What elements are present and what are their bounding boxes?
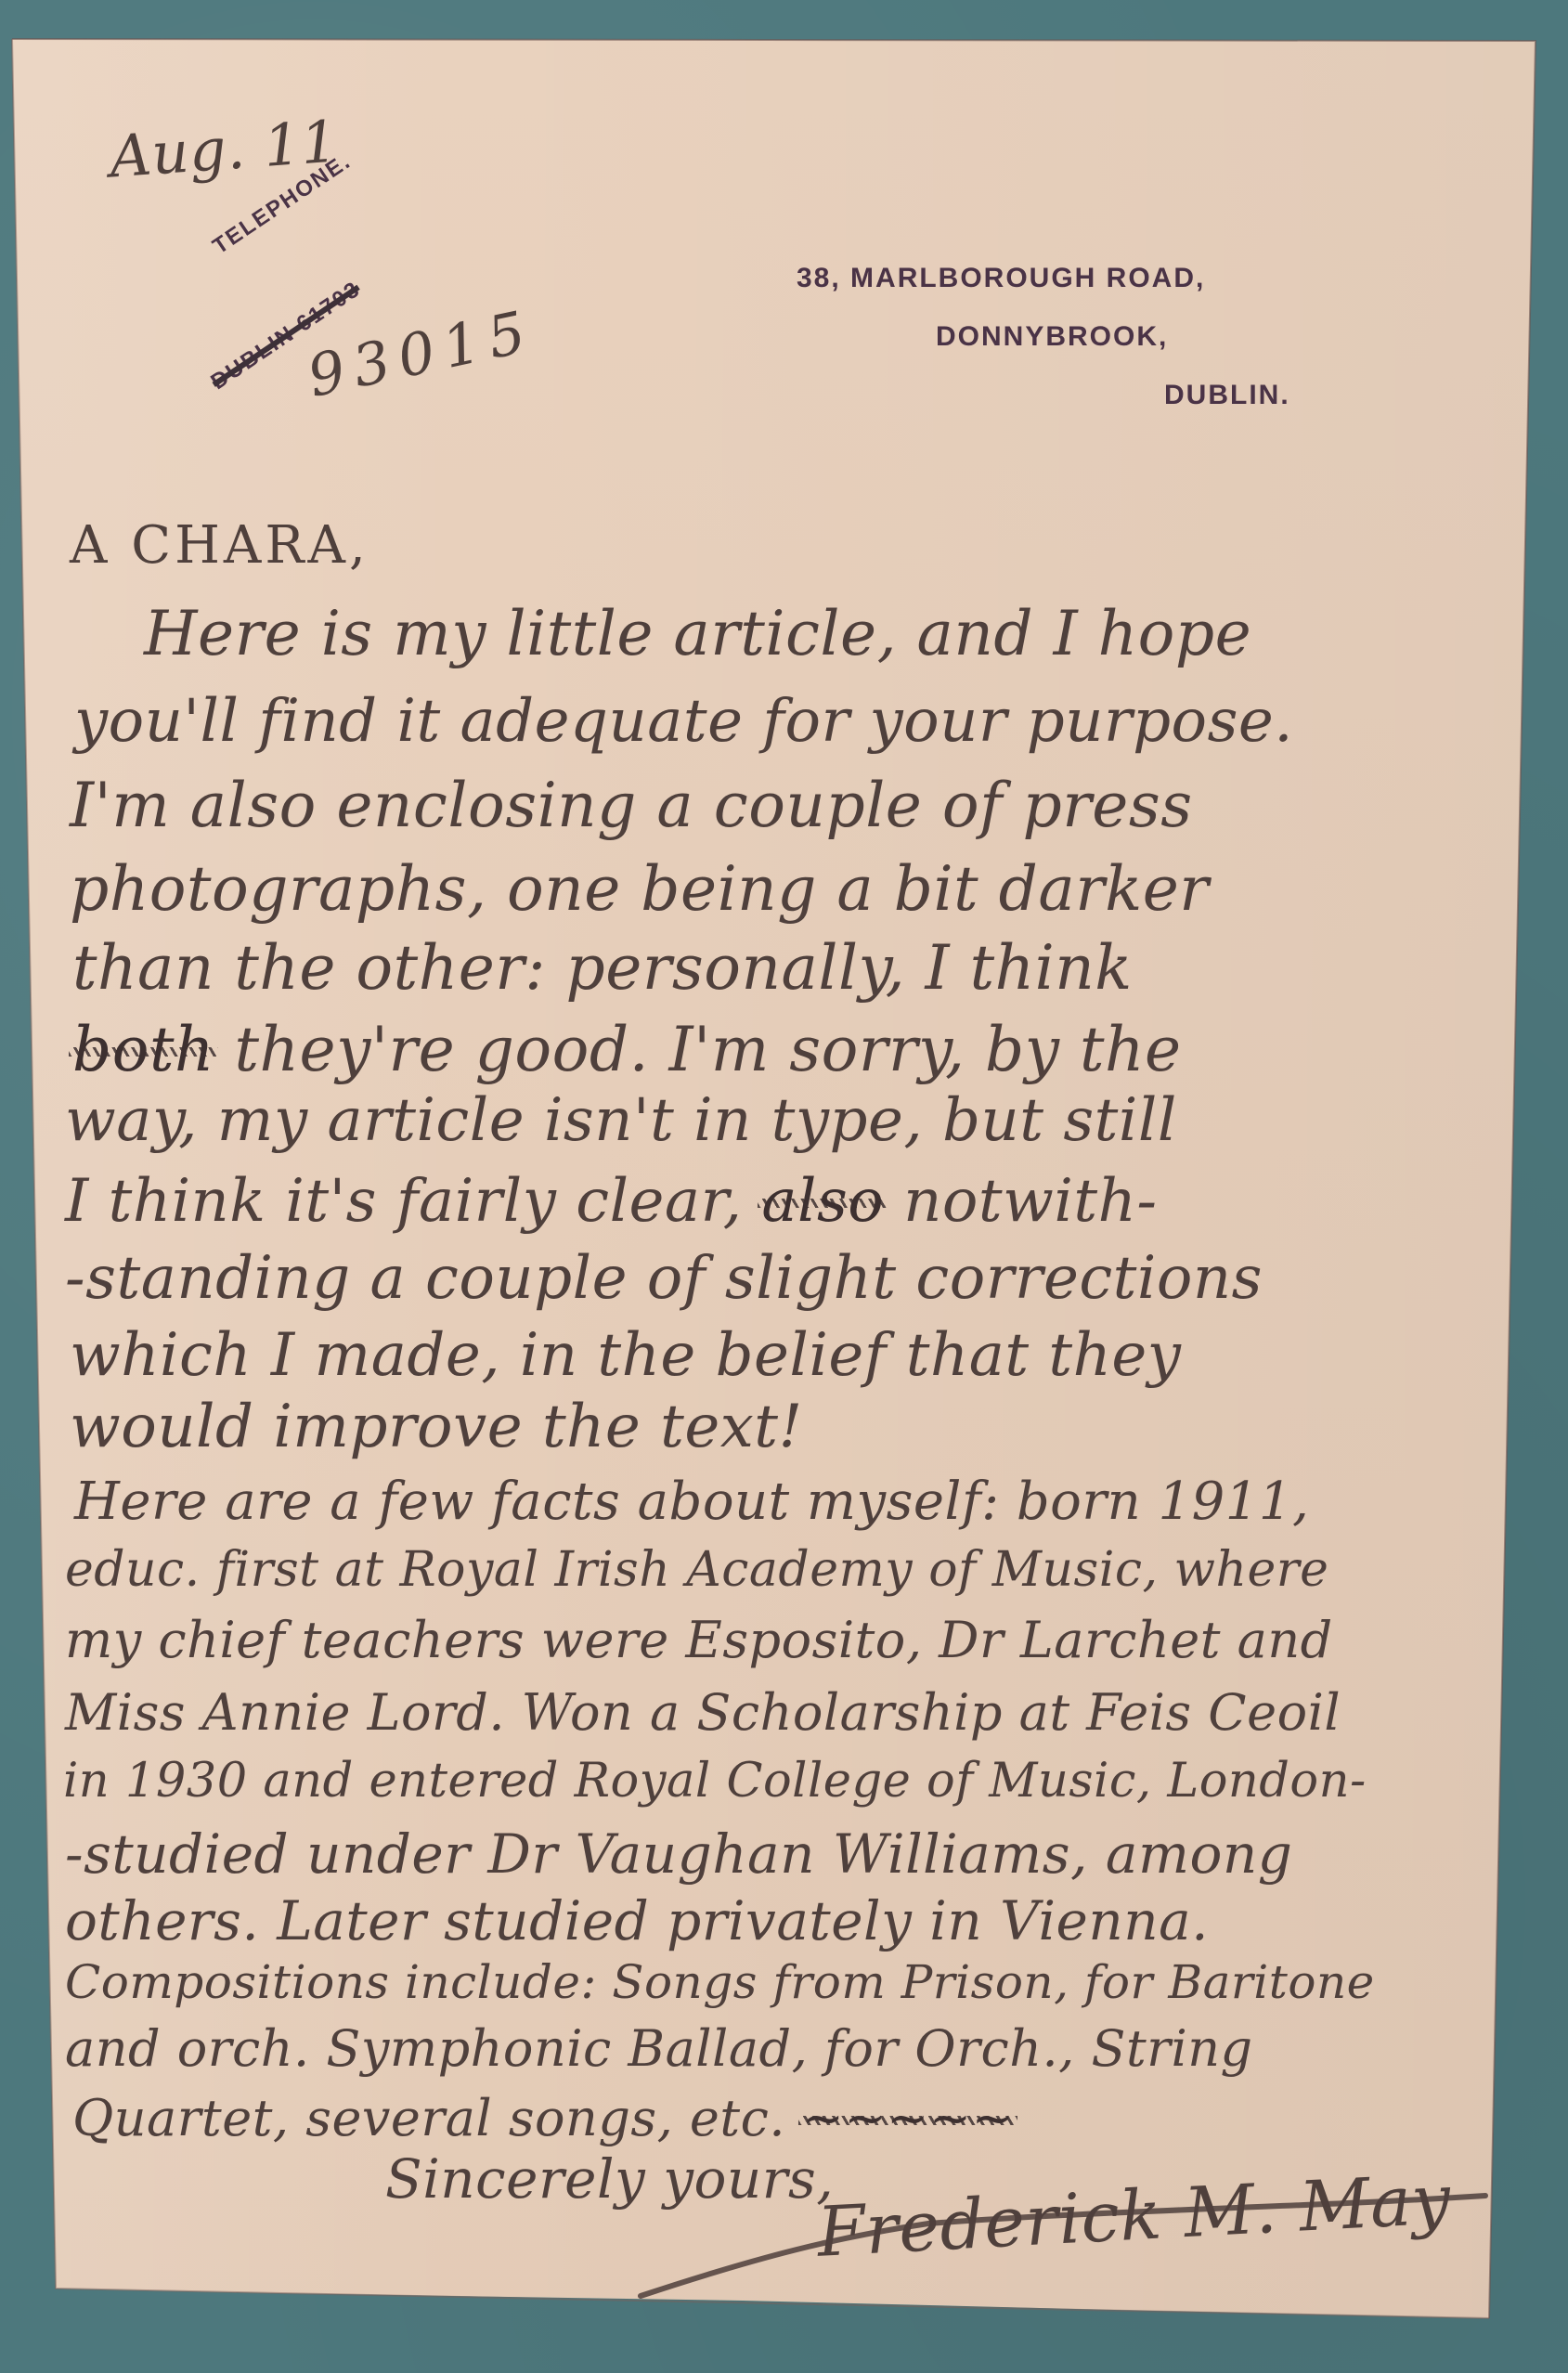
signature-flourish — [0, 0, 1568, 2373]
